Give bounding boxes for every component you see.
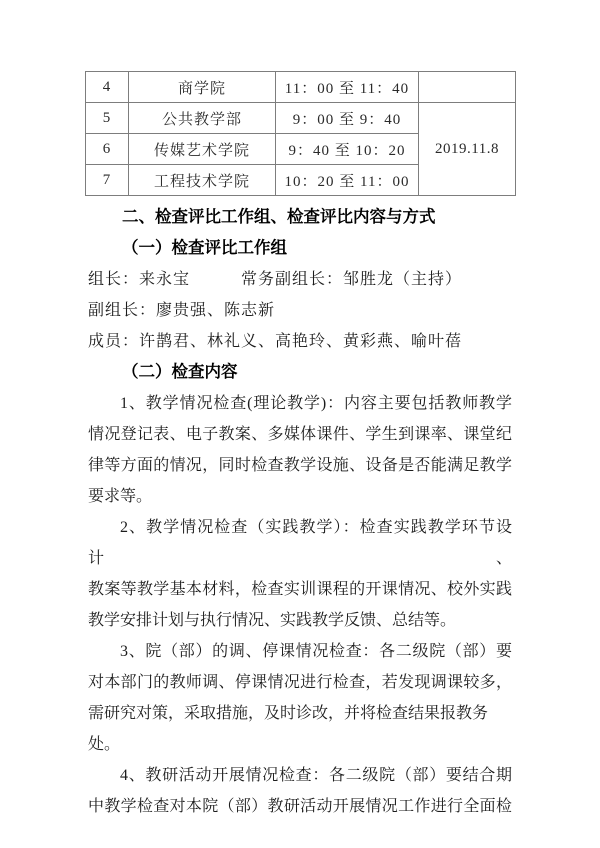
roster-line: 组长：来永宝 常务副组长：邹胜龙（主持）: [88, 264, 512, 295]
paragraph: 2、教学情况检查（实践教学）：检查实践教学环节设计、教案等教学基本材料，检查实训…: [88, 512, 512, 636]
table-row: 5公共教学部9：00 至 9：402019.11.8: [86, 103, 516, 134]
paragraph: 4、教研活动开展情况检查：各二级院（部）要结合期中教学检查对本院（部）教研活动开…: [88, 760, 512, 822]
paragraph-line: 中教学检查对本院（部）教研活动开展情况工作进行全面检: [88, 791, 512, 822]
roster-line: 成员：许鹊君、林礼义、高艳玲、黄彩燕、喻叶蓓: [88, 326, 512, 357]
time-cell: 9：40 至 10：20: [276, 134, 419, 165]
row-number-cell: 4: [86, 72, 129, 103]
paragraph-line: 4、教研活动开展情况检查：各二级院（部）要结合期: [88, 760, 512, 791]
section-heading: 二、检查评比工作组、检查评比内容与方式: [88, 202, 512, 233]
paragraph-line: 需研究对策，采取措施，及时诊改，并将检查结果报教务处。: [88, 698, 512, 760]
paragraph-line: 要求等。: [88, 481, 512, 512]
paragraph-line: 3、院（部）的调、停课情况检查：各二级院（部）要: [88, 636, 512, 667]
roster: 组长：来永宝 常务副组长：邹胜龙（主持）副组长：廖贵强、陈志新成员：许鹊君、林礼…: [88, 264, 512, 357]
paragraph-line: 教案等教学基本材料，检查实训课程的开课情况、校外实践: [88, 574, 512, 605]
content-area: 二、检查评比工作组、检查评比内容与方式 （一）检查评比工作组 组长：来永宝 常务…: [88, 202, 512, 822]
date-cell: 2019.11.8: [419, 103, 516, 196]
roster-line: 副组长：廖贵强、陈志新: [88, 295, 512, 326]
schedule-table-body: 4商学院11：00 至 11：405公共教学部9：00 至 9：402019.1…: [86, 72, 516, 196]
document-page: 4商学院11：00 至 11：405公共教学部9：00 至 9：402019.1…: [0, 0, 600, 848]
time-cell: 11：00 至 11：40: [276, 72, 419, 103]
paragraph-line: 情况登记表、电子教案、多媒体课件、学生到课率、课堂纪: [88, 419, 512, 450]
row-number-cell: 6: [86, 134, 129, 165]
paragraph-line: 对本部门的教师调、停课情况进行检查，若发现调课较多，: [88, 667, 512, 698]
paragraph-line: 1、教学情况检查(理论教学)：内容主要包括教师教学: [88, 388, 512, 419]
row-number-cell: 5: [86, 103, 129, 134]
paragraphs: 1、教学情况检查(理论教学)：内容主要包括教师教学情况登记表、电子教案、多媒体课…: [88, 388, 512, 822]
time-cell: 10：20 至 11：00: [276, 165, 419, 196]
subsection-heading-2: （二）检查内容: [88, 357, 512, 388]
paragraph-line: 律等方面的情况，同时检查教学设施、设备是否能满足教学: [88, 450, 512, 481]
subsection-heading-1: （一）检查评比工作组: [88, 233, 512, 264]
time-cell: 9：00 至 9：40: [276, 103, 419, 134]
department-cell: 传媒艺术学院: [129, 134, 276, 165]
department-cell: 公共教学部: [129, 103, 276, 134]
schedule-table: 4商学院11：00 至 11：405公共教学部9：00 至 9：402019.1…: [85, 71, 516, 196]
paragraph-line: 2、教学情况检查（实践教学）：检查实践教学环节设计、: [88, 512, 512, 574]
table-row: 4商学院11：00 至 11：40: [86, 72, 516, 103]
paragraph: 3、院（部）的调、停课情况检查：各二级院（部）要对本部门的教师调、停课情况进行检…: [88, 636, 512, 760]
row-number-cell: 7: [86, 165, 129, 196]
paragraph-line: 教学安排计划与执行情况、实践教学反馈、总结等。: [88, 605, 512, 636]
department-cell: 商学院: [129, 72, 276, 103]
department-cell: 工程技术学院: [129, 165, 276, 196]
paragraph: 1、教学情况检查(理论教学)：内容主要包括教师教学情况登记表、电子教案、多媒体课…: [88, 388, 512, 512]
date-cell-empty: [419, 72, 516, 103]
